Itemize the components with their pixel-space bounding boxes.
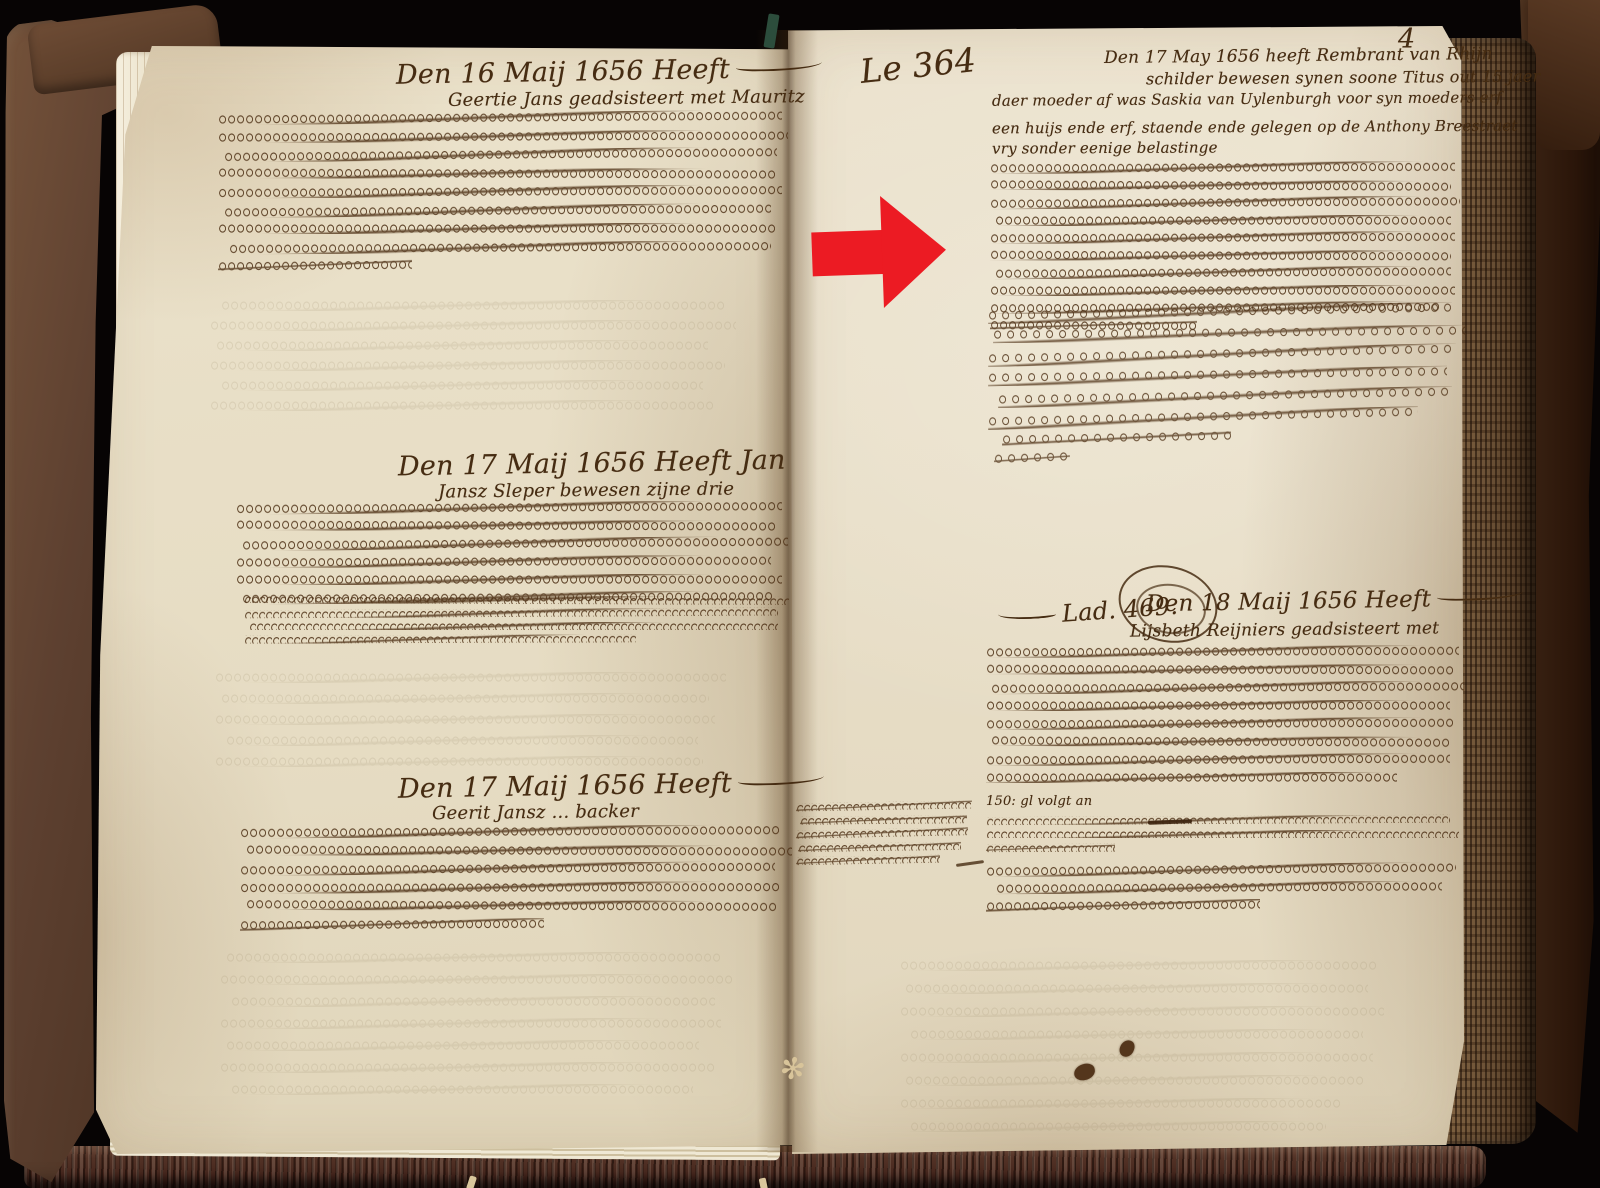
show-through-text	[900, 960, 1420, 1132]
ink-line	[210, 400, 714, 411]
rembrandt-line-free: vry sonder eenige belastinge	[992, 138, 1218, 157]
ink-line	[995, 215, 1451, 226]
ink-line	[210, 360, 725, 371]
ink-line	[997, 386, 1451, 408]
ink-line	[995, 266, 1451, 279]
ink-line	[988, 366, 1447, 386]
ink-line	[221, 693, 709, 704]
entry-subheading-16-may: Geertie Jans geadsisteert met Mauritz	[448, 86, 805, 111]
ink-line	[796, 855, 940, 866]
ink-line	[218, 223, 777, 234]
ink-line	[986, 717, 1454, 730]
show-through-text	[210, 300, 770, 411]
ink-line	[224, 203, 771, 218]
ink-line	[798, 841, 961, 851]
ink-line	[220, 1062, 715, 1073]
ink-line	[231, 1084, 693, 1095]
ink-line	[218, 110, 782, 125]
ink-line	[240, 918, 544, 931]
ink-line	[1002, 430, 1232, 448]
ink-line	[986, 899, 1260, 912]
ink-line	[220, 1018, 721, 1029]
ink-line	[236, 574, 782, 585]
manuscript-photo: ✻ Den 16 Maij 1656 Heeft Geertie Jans ge…	[0, 0, 1600, 1188]
ink-line	[910, 1029, 1362, 1040]
ink-line	[910, 1121, 1326, 1132]
ink-line	[224, 147, 777, 163]
rembrandt-heading-line3: daer moeder af was Saskia van Uylenburgh…	[992, 88, 1502, 110]
ink-line	[244, 634, 636, 643]
ink-line	[986, 700, 1450, 711]
ink-line	[796, 827, 968, 839]
red-arrow-head	[880, 194, 948, 308]
entry-heading-text: Den 16 Maij 1656 Heeft	[396, 54, 730, 91]
ink-line	[218, 185, 782, 199]
ink-line	[900, 1006, 1384, 1017]
ink-line	[240, 881, 781, 893]
ink-line	[244, 595, 789, 605]
show-through-text	[215, 672, 770, 767]
ink-line	[220, 974, 732, 985]
amount-tail-line: 150: gl volgt an	[986, 794, 1092, 809]
ink-line	[986, 772, 1397, 783]
ink-line	[210, 320, 736, 331]
ink-line	[988, 343, 1457, 367]
ink-line	[988, 302, 1452, 324]
ink-line	[986, 645, 1459, 658]
rembrandt-line-house: een huijs ende erf, staende ende gelegen…	[992, 117, 1518, 138]
ink-line	[221, 380, 703, 391]
entry-addendum-18-dito	[244, 596, 789, 643]
ink-line	[900, 960, 1378, 971]
ink-line	[244, 608, 778, 619]
entry-heading-text: Den 17 Maij 1656 Heeft	[398, 768, 732, 805]
ink-line	[986, 815, 1450, 825]
ink-line	[226, 735, 698, 746]
ink-line	[240, 825, 781, 839]
ink-line	[245, 844, 792, 857]
ink-line	[249, 622, 778, 630]
ink-line	[986, 830, 1459, 838]
ink-line	[215, 714, 715, 725]
ink-line	[990, 249, 1451, 262]
ink-line	[990, 196, 1460, 209]
ink-line	[216, 340, 709, 351]
ink-line	[226, 1040, 699, 1051]
ink-line	[218, 259, 412, 272]
ink-line	[218, 167, 777, 180]
entry-body-17-may-jan	[236, 502, 788, 603]
ink-line	[990, 231, 1455, 244]
ink-line	[218, 130, 788, 143]
red-arrow-shaft	[811, 230, 886, 277]
ink-line	[236, 519, 777, 532]
clerk-signature	[994, 452, 1472, 466]
rembrandt-postscript-1665	[988, 306, 1466, 446]
ink-line	[988, 406, 1418, 430]
entry-body-18-may	[986, 646, 1464, 783]
entry-heading-text: Den 18 Maij 1656 Heeft	[1146, 586, 1432, 617]
ink-line	[215, 672, 726, 683]
ink-line	[245, 899, 775, 913]
ink-line	[231, 996, 715, 1007]
ink-line	[986, 862, 1456, 877]
ink-line	[991, 735, 1450, 748]
ink-line	[240, 861, 776, 876]
rembrandt-heading-line2: schilder bewesen synen soone Titus out 1…	[1146, 67, 1541, 89]
pen-flourish	[998, 607, 1057, 621]
entry-subheading-17-may-jan: Jansz Sleper bewesen zijne drie	[438, 478, 734, 502]
ink-line	[986, 663, 1454, 676]
ink-line	[990, 178, 1451, 191]
ink-line	[900, 1098, 1342, 1109]
ink-line	[236, 501, 783, 515]
entry-body-16-may	[218, 112, 788, 271]
ink-line	[986, 753, 1450, 766]
margin-note-1665	[796, 802, 981, 864]
entry-subheading-18-may: Lijsbeth Reijniers geadsisteert met	[1130, 618, 1439, 641]
note-1657	[986, 816, 1464, 852]
ink-line	[796, 800, 972, 811]
note-1668	[986, 864, 1466, 911]
rembrandt-heading-line1: Den 17 May 1656 heeft Rembrant van Rhijn	[1104, 44, 1493, 68]
red-arrow-annotation	[810, 194, 954, 311]
ink-line	[221, 300, 725, 311]
pen-flourish	[1437, 588, 1523, 601]
ink-line	[991, 681, 1464, 694]
ink-line	[215, 756, 703, 767]
ink-line	[236, 555, 771, 568]
entry-subheading-17-may-geerit: Geerit Jansz ... backer	[432, 801, 639, 824]
ink-line	[993, 325, 1466, 343]
ink-line	[996, 881, 1442, 894]
ink-line	[990, 161, 1455, 174]
entry-body-17-may-geerit	[240, 826, 792, 930]
ink-line	[241, 536, 788, 551]
ink-line	[229, 240, 771, 254]
ink-line	[226, 952, 721, 963]
ink-line	[800, 815, 967, 824]
ink-line	[986, 844, 1115, 852]
ink-line	[905, 983, 1368, 994]
ink-line	[990, 285, 1455, 296]
ink-line	[994, 451, 1071, 468]
ink-line	[905, 1075, 1363, 1086]
ink-line	[900, 1052, 1373, 1063]
pen-flourish	[736, 58, 822, 71]
pen-flourish	[738, 772, 824, 785]
show-through-text	[220, 952, 770, 1095]
